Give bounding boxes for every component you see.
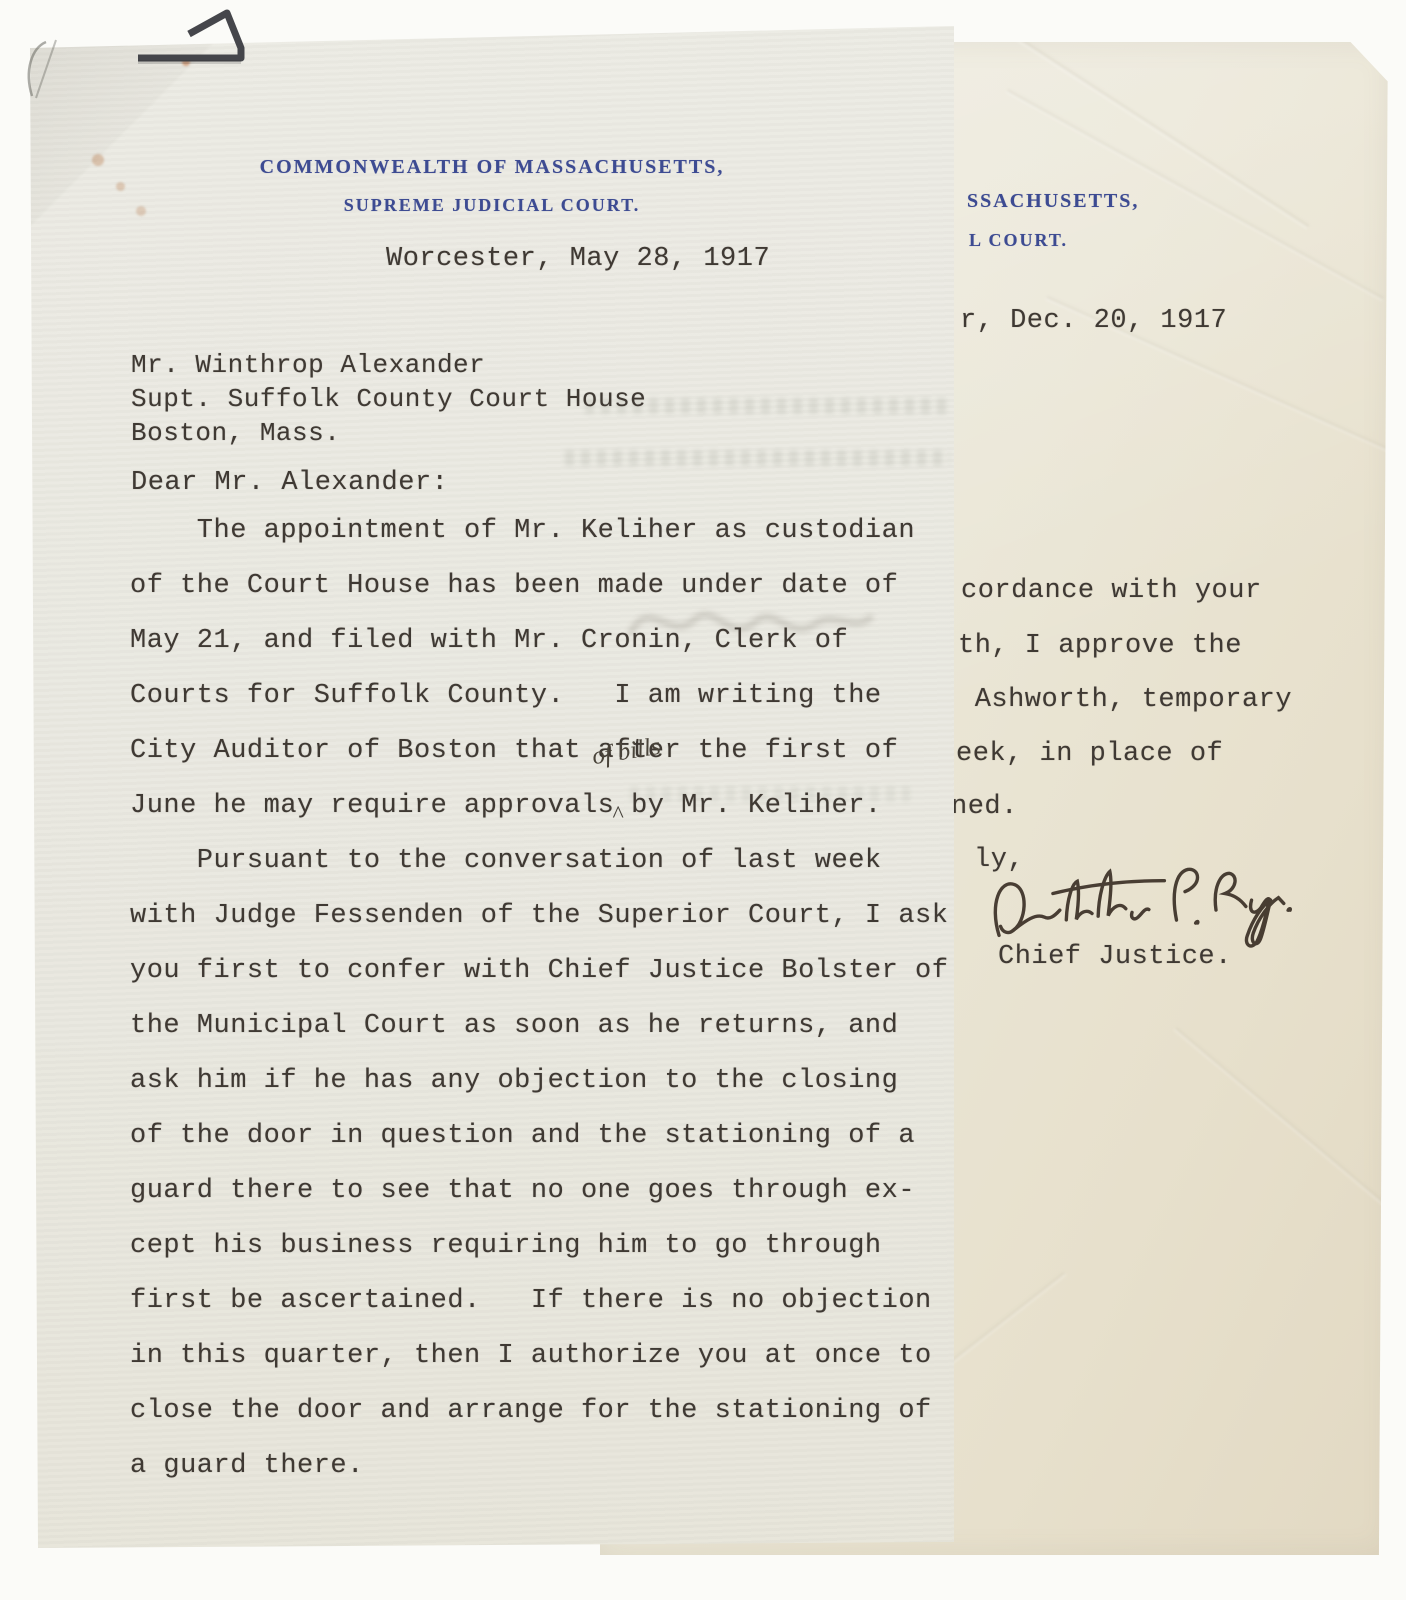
body-line: The appointment of Mr. Keliher as custod… [130,504,948,559]
insertion-caret: ^ [612,802,622,829]
ghost-text-artifact [565,450,950,466]
back-letter-body-line: eek, in place of [956,727,1223,782]
letterhead-line2: SUPREME JUDICIAL COURT. [30,195,954,216]
back-letter-body-line: Ashworth, temporary [958,673,1292,728]
letter-body: The appointment of Mr. Keliher as custod… [130,504,948,1494]
body-line: first be ascertained. If there is no obj… [130,1274,948,1329]
salutation: Dear Mr. Alexander: [131,456,448,511]
recipient-line: Mr. Winthrop Alexander [131,348,646,382]
back-letter-dateline: r, Dec. 20, 1917 [960,294,1227,349]
body-line: close the door and arrange for the stati… [130,1384,948,1439]
recipient-line: Supt. Suffolk County Court House [131,382,646,416]
wire-fastener-clip [120,4,280,76]
body-line: you first to confer with Chief Justice B… [130,944,948,999]
body-line: in this quarter, then I authorize you at… [130,1329,948,1384]
body-line: Courts for Suffolk County. I am writing … [130,669,948,724]
body-line: June he may require approvals by Mr. Kel… [130,779,948,834]
body-line: a guard there. [130,1439,948,1494]
back-letter-body-line: ned. [951,780,1018,835]
letterhead-line1: COMMONWEALTH OF MASSACHUSETTS, [30,156,954,179]
recipient-address: Mr. Winthrop Alexander Supt. Suffolk Cou… [131,348,646,450]
front-letter-dateline: Worcester, May 28, 1917 [386,232,770,287]
back-letterhead-line1: SSACHUSETTS, [967,190,1139,213]
body-line: with Judge Fessenden of the Superior Cou… [130,889,948,944]
back-letter-body-line: cordance with your [961,564,1262,619]
back-letter-body-line: th, I approve the [958,619,1242,674]
corner-wire-fragment [22,26,82,106]
body-line: cept his business requiring him to go th… [130,1219,948,1274]
body-line: guard there to see that no one goes thro… [130,1164,948,1219]
scanned-letters-scene: SSACHUSETTS, L COURT. r, Dec. 20, 1917 c… [0,0,1406,1600]
body-line: ask him if he has any objection to the c… [130,1054,948,1109]
back-letterhead-line2: L COURT. [969,230,1068,251]
front-letter-page: COMMONWEALTH OF MASSACHUSETTS, SUPREME J… [30,26,954,1548]
body-line: of the Court House has been made under d… [130,559,948,614]
body-line: the Municipal Court as soon as he return… [130,999,948,1054]
body-line: Pursuant to the conversation of last wee… [130,834,948,889]
body-line: May 21, and filed with Mr. Cronin, Clerk… [130,614,948,669]
back-letter-signature-title: Chief Justice. [998,930,1232,985]
paper-crease [1173,1026,1406,1223]
body-line: of the door in question and the stationi… [130,1109,948,1164]
rust-stain [116,182,125,191]
recipient-line: Boston, Mass. [131,416,646,450]
body-line: City Auditor of Boston that after the fi… [130,724,948,779]
